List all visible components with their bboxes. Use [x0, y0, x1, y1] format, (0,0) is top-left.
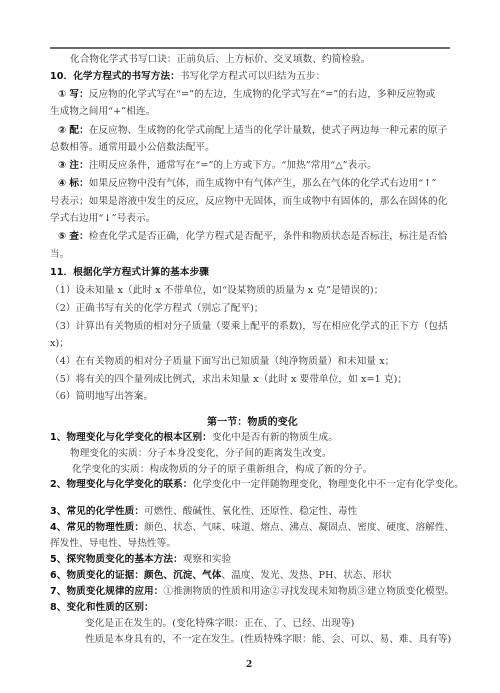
step-balance-cont: 总数相等。通常用最小公倍数法配平。: [50, 141, 215, 154]
page-number: 2: [246, 660, 252, 670]
point-1-physical: 物理变化的实质：分子本身没变化，分子间的距离发生改变。: [70, 447, 332, 460]
point-2: 2、物理变化与化学变化的联系：化学变化中一定伴随物理变化，物理变化中不一定有化学…: [50, 478, 464, 491]
header-rule: [50, 47, 450, 49]
point-6: 6、物质变化的证据：颜色、沉淀、气体、温度、发光、发热、PH、状态、形状: [50, 569, 392, 582]
point-7: 7、物质变化规律的应用：①推测物质的性质和用途②寻找发现未知物质③建立物质变化模…: [50, 585, 454, 598]
step-write-cont: 生成物之间用“+”相连。: [50, 105, 155, 118]
step-mark-cont: 号表示；如果是溶液中发生的反应，反应物中无固体，而生成物中有固体的，那么在固体的…: [50, 195, 447, 208]
calc-step-4: （4）在有关物质的相对分子质量下面写出已知质量（纯净物质量）和未知量 x；: [50, 355, 394, 368]
point-8-change: 变化是正在发生的。(变化特殊字眼：正在、了、已经、出现等): [85, 617, 354, 630]
calc-step-2: （2）正确书写有关的化学方程式（别忘了配平)；: [50, 302, 264, 315]
calc-step-3: （3）计算出有关物质的相对分子质量（要乘上配平的系数)，写在相应化学式的正下方（…: [50, 320, 448, 333]
step-mark: ④ 标：如果反应物中没有气体，而生成物中有气体产生，那么在气体的化学式右边用“↑…: [58, 177, 437, 190]
point-3: 3、常见的化学性质：可燃性、酸碱性、氧化性、还原性、稳定性、毒性: [50, 505, 357, 518]
step-write: ① 写：反应物的化学式写在“=”的左边，生成物的化学式写在“=”的右边，多种反应…: [58, 88, 435, 101]
calc-step-6: （6）简明地写出答案。: [50, 390, 153, 403]
point-4: 4、常见的物理性质：颜色、状态、气味、味道、熔点、沸点、凝固点、密度、硬度、溶解…: [50, 521, 454, 534]
section10-heading: 10．化学方程式的书写方法：书写化学方程式可以归结为五步：: [50, 70, 325, 83]
point-5: 5、探究物质变化的基本方法：观察和实验: [50, 553, 231, 566]
calc-step-3-cont: x)；: [50, 337, 69, 350]
point-1: 1、物理变化与化学变化的根本区别：变化中是否有新的物质生成。: [50, 431, 338, 444]
step-check: ⑤ 查：检查化学式是否正确，化学方程式是否配平，条件和物质状态是否标注，标注是否…: [58, 230, 447, 243]
step-balance: ② 配：在反应物、生成物的化学式前配上适当的化学计量数，使式子两边每一种元素的原…: [58, 124, 447, 137]
calc-step-1: （1）设未知量 x（此时 x 不带单位，如“设某物质的质量为 x 克”是错误的)…: [50, 284, 383, 297]
calc-step-5: （5）将有关的四个量列成比例式，求出未知量 x（此时 x 要带单位，如 x=1 …: [50, 373, 407, 386]
section-title: 第一节：物质的变化: [207, 416, 298, 429]
step-mark-cont2: 学式右边用“↓”号表示。: [50, 212, 155, 225]
section11-heading: 11．根据化学方程式计算的基本步骤: [50, 266, 209, 279]
point-8-property: 性质是本身具有的，不一定在发生。(性质特殊字眼：能、会、可以、易、难、具有等): [85, 633, 451, 646]
formula-mnemonic: 化合物化学式书写口诀：正前负后、上方标价、交叉填数、约简检验。: [70, 53, 371, 66]
point-4-cont: 挥发性、导电性、导热性等。: [50, 537, 176, 550]
step-note: ③ 注：注明反应条件，通常写在“=”的上方或下方。“加热”常用“△”表示。: [58, 159, 377, 172]
step-check-cont: 当。: [50, 248, 69, 261]
document-page: 化合物化学式书写口诀：正前负后、上方标价、交叉填数、约简检验。 10．化学方程式…: [0, 0, 500, 693]
point-1-chemical: 化学变化的实质：构成物质的分子的原子重新组合，构成了新的分子。: [72, 463, 373, 476]
point-8: 8、变化和性质的区别：: [50, 601, 154, 614]
